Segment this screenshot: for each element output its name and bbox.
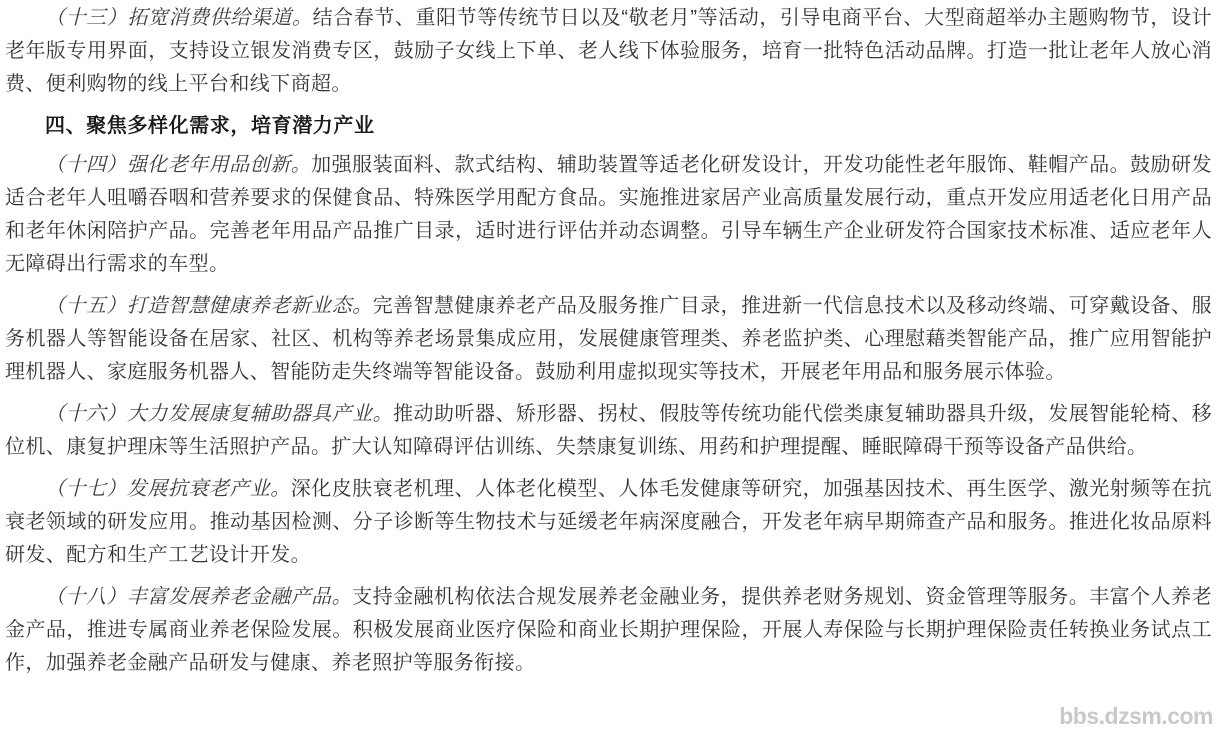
paragraph-15: （十五）打造智慧健康养老新业态。完善智慧健康养老产品及服务推广目录，推进新一代信… <box>5 290 1212 389</box>
section-heading: 四、聚焦多样化需求，培育潜力产业 <box>5 113 1212 139</box>
paragraph-16-lead: （十六）大力发展康复辅助器具产业。 <box>45 403 393 425</box>
paragraph-13-lead: （十三）拓宽消费供给渠道。 <box>45 7 313 29</box>
watermark: bbs.dzsm.com <box>1059 703 1213 730</box>
paragraph-15-lead: （十五）打造智慧健康养老新业态。 <box>45 295 373 317</box>
document-page: （十三）拓宽消费供给渠道。结合春节、重阳节等传统节日以及“敬老月”等活动，引导电… <box>0 0 1217 680</box>
paragraph-14: （十四）强化老年用品创新。加强服装面料、款式结构、辅助装置等适老化研发设计，开发… <box>5 149 1212 281</box>
paragraph-18: （十八）丰富发展养老金融产品。支持金融机构依法合规发展养老金融业务，提供养老财务… <box>5 581 1212 680</box>
paragraph-14-lead: （十四）强化老年用品创新。 <box>45 154 311 176</box>
paragraph-16: （十六）大力发展康复辅助器具产业。推动助听器、矫形器、拐杖、假肢等传统功能代偿类… <box>5 398 1212 464</box>
paragraph-13: （十三）拓宽消费供给渠道。结合春节、重阳节等传统节日以及“敬老月”等活动，引导电… <box>5 2 1212 101</box>
paragraph-18-lead: （十八）丰富发展养老金融产品。 <box>45 586 352 608</box>
paragraph-17-lead: （十七）发展抗衰老产业。 <box>45 478 291 500</box>
paragraph-17: （十七）发展抗衰老产业。深化皮肤衰老机理、人体老化模型、人体毛发健康等研究，加强… <box>5 473 1212 572</box>
